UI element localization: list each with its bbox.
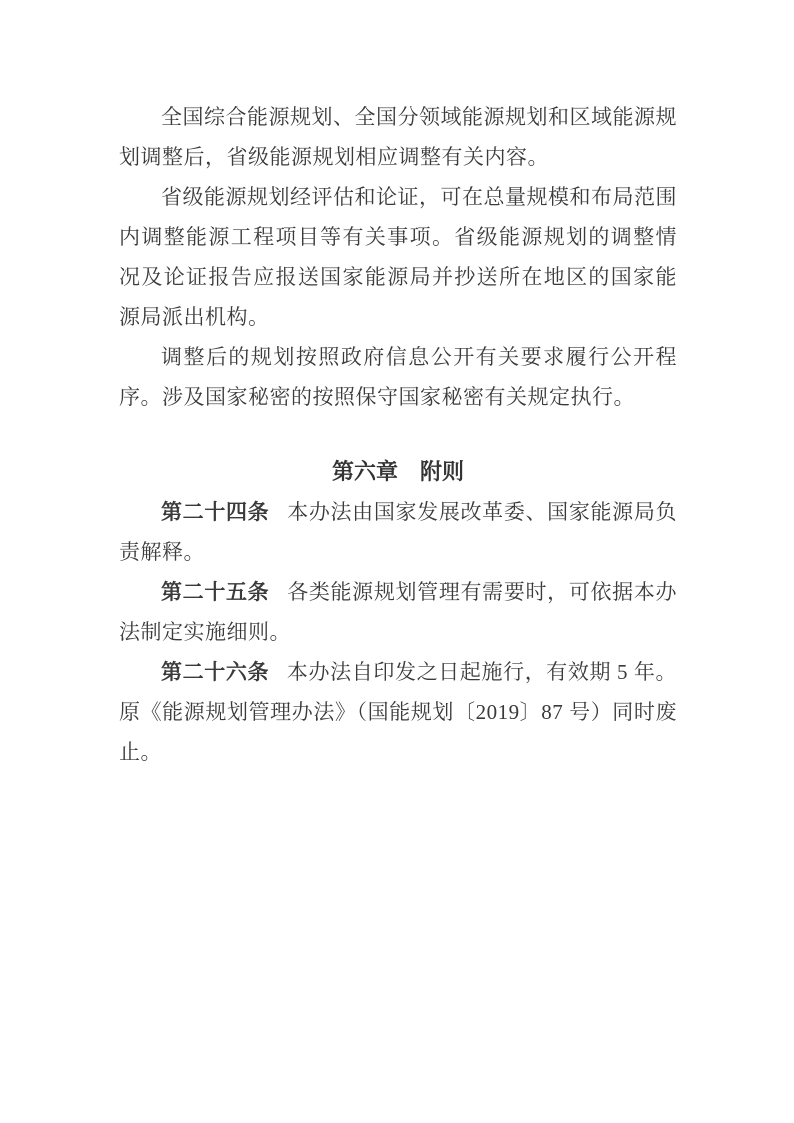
document-page: 全国综合能源规划、全国分领域能源规划和区域能源规划调整后，省级能源规划相应调整有… xyxy=(0,0,794,1123)
article-25: 第二十五条各类能源规划管理有需要时，可依据本办法制定实施细则。 xyxy=(119,572,677,652)
chapter-heading: 第六章 附则 xyxy=(119,452,677,492)
page-content: 全国综合能源规划、全国分领域能源规划和区域能源规划调整后，省级能源规划相应调整有… xyxy=(0,0,794,772)
paragraph-adjustment-provincial: 全国综合能源规划、全国分领域能源规划和区域能源规划调整后，省级能源规划相应调整有… xyxy=(119,97,677,177)
article-26: 第二十六条本办法自印发之日起施行，有效期 5 年。原《能源规划管理办法》（国能规… xyxy=(119,652,677,772)
article-25-label: 第二十五条 xyxy=(161,580,269,604)
article-24-label: 第二十四条 xyxy=(161,500,269,524)
article-24: 第二十四条本办法由国家发展改革委、国家能源局负责解释。 xyxy=(119,492,677,572)
article-26-label: 第二十六条 xyxy=(161,660,269,684)
paragraph-information-disclosure: 调整后的规划按照政府信息公开有关要求履行公开程序。涉及国家秘密的按照保守国家秘密… xyxy=(119,337,677,417)
paragraph-evaluation-adjustment: 省级能源规划经评估和论证，可在总量规模和布局范围内调整能源工程项目等有关事项。省… xyxy=(119,177,677,337)
